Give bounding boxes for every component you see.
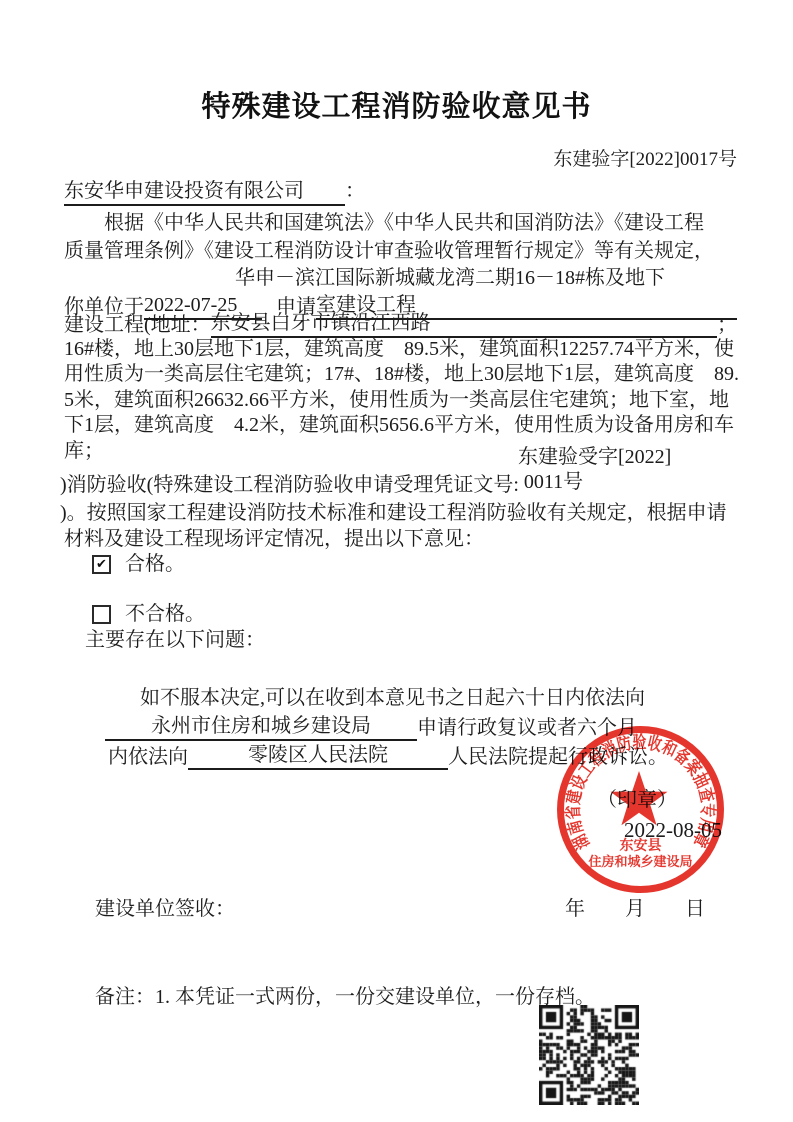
- document-number: 东建验字[2022]0017号: [553, 147, 737, 173]
- acceptance-line: )消防验收(特殊建设工程消防验收申请受理凭证文号: 0011号: [60, 472, 583, 498]
- star-icon: [611, 771, 668, 825]
- addressee-name: 东安华申建设投资有限公司: [64, 178, 345, 206]
- checkbox-unchecked-icon: [92, 605, 111, 624]
- acceptance-doc-number: 东建验受字[2022]: [518, 444, 671, 470]
- stamp-org-line2: 住房和城乡建设局: [588, 854, 692, 869]
- acceptance-prefix: )消防验收(特殊建设工程消防验收申请受理凭证文号:: [60, 474, 524, 496]
- appeal-org-blank: 永州市住房和城乡建设局: [105, 713, 417, 741]
- addressee-colon: ：: [345, 180, 365, 202]
- building-desc-line1: 16#楼，地上30层地下1层，建筑高度 89.5米，建筑面积12257.74平方…: [64, 336, 734, 362]
- remark-line: 备注：1. 本凭证一式两份，一份交建设单位，一份存档。: [95, 984, 595, 1010]
- problems-label: 主要存在以下问题：: [85, 627, 265, 653]
- official-stamp: 湖南省建设工程消防验收和备案抽查专用章 东安县 住房和城乡建设局: [553, 722, 728, 897]
- acceptance-number: 0011号: [524, 471, 583, 493]
- construction-unit-sign-label: 建设单位签收：: [95, 896, 235, 922]
- sign-date-blanks: 年 月 日: [565, 896, 705, 922]
- check-icon: ✔: [96, 558, 107, 571]
- option-fail: 不合格。: [92, 601, 205, 627]
- address-suffix: ；: [717, 312, 737, 338]
- project-name-overflow: 华申－滨江国际新城藏龙湾二期16－18#栋及地下: [235, 265, 665, 291]
- building-desc-line5: 库；: [64, 438, 104, 464]
- decision-line1: )。按照国家工程建设消防技术标准和建设工程消防验收有关规定，根据申请: [60, 500, 727, 526]
- legal-basis-line2: 质量管理条例》《建设工程消防设计审查验收管理暂行规定》等有关规定，: [64, 238, 714, 264]
- building-desc-line4: 下1层，建筑高度 4.2米，建筑面积5656.6平方米，使用性质为设备用房和车: [64, 412, 734, 438]
- address-blank: 东安县白牙市镇沿江西路: [211, 310, 717, 338]
- qr-code: [539, 1005, 639, 1105]
- option-pass-label: 合格。: [125, 551, 185, 577]
- decision-line2: 材料及建设工程现场评定情况，提出以下意见：: [64, 526, 484, 552]
- stamp-svg: 湖南省建设工程消防验收和备案抽查专用章 东安县 住房和城乡建设局: [553, 722, 728, 897]
- option-pass: ✔ 合格。: [92, 551, 185, 577]
- option-fail-label: 不合格。: [125, 601, 205, 627]
- fire-acceptance-document: 特殊建设工程消防验收意见书 东建验字[2022]0017号 东安华申建设投资有限…: [0, 0, 793, 1122]
- stamp-org-line1: 东安县: [620, 837, 662, 853]
- address-prefix: 建设工程(地址：: [64, 312, 211, 338]
- checkbox-checked-icon: ✔: [92, 555, 111, 574]
- appeal-line3-prefix: 内依法向: [108, 744, 188, 770]
- building-desc-line3: 5米，建筑面积26632.66平方米，使用性质为一类高层住宅建筑；地下室，地: [64, 387, 729, 413]
- address-line: 建设工程(地址： 东安县白牙市镇沿江西路 ；: [64, 310, 737, 338]
- building-desc-line2: 用性质为一类高层住宅建筑；17#、18#楼，地上30层地下1层，建筑高度 89.: [64, 361, 739, 387]
- appeal-line1: 如不服本决定,可以在收到本意见书之日起六十日内依法向: [140, 685, 645, 711]
- addressee-line: 东安华申建设投资有限公司：: [64, 178, 365, 206]
- appeal-court-blank: 零陵区人民法院: [188, 742, 448, 770]
- page-title: 特殊建设工程消防验收意见书: [0, 84, 793, 125]
- legal-basis-line1: 根据《中华人民共和国建筑法》《中华人民共和国消防法》《建设工程: [64, 210, 704, 236]
